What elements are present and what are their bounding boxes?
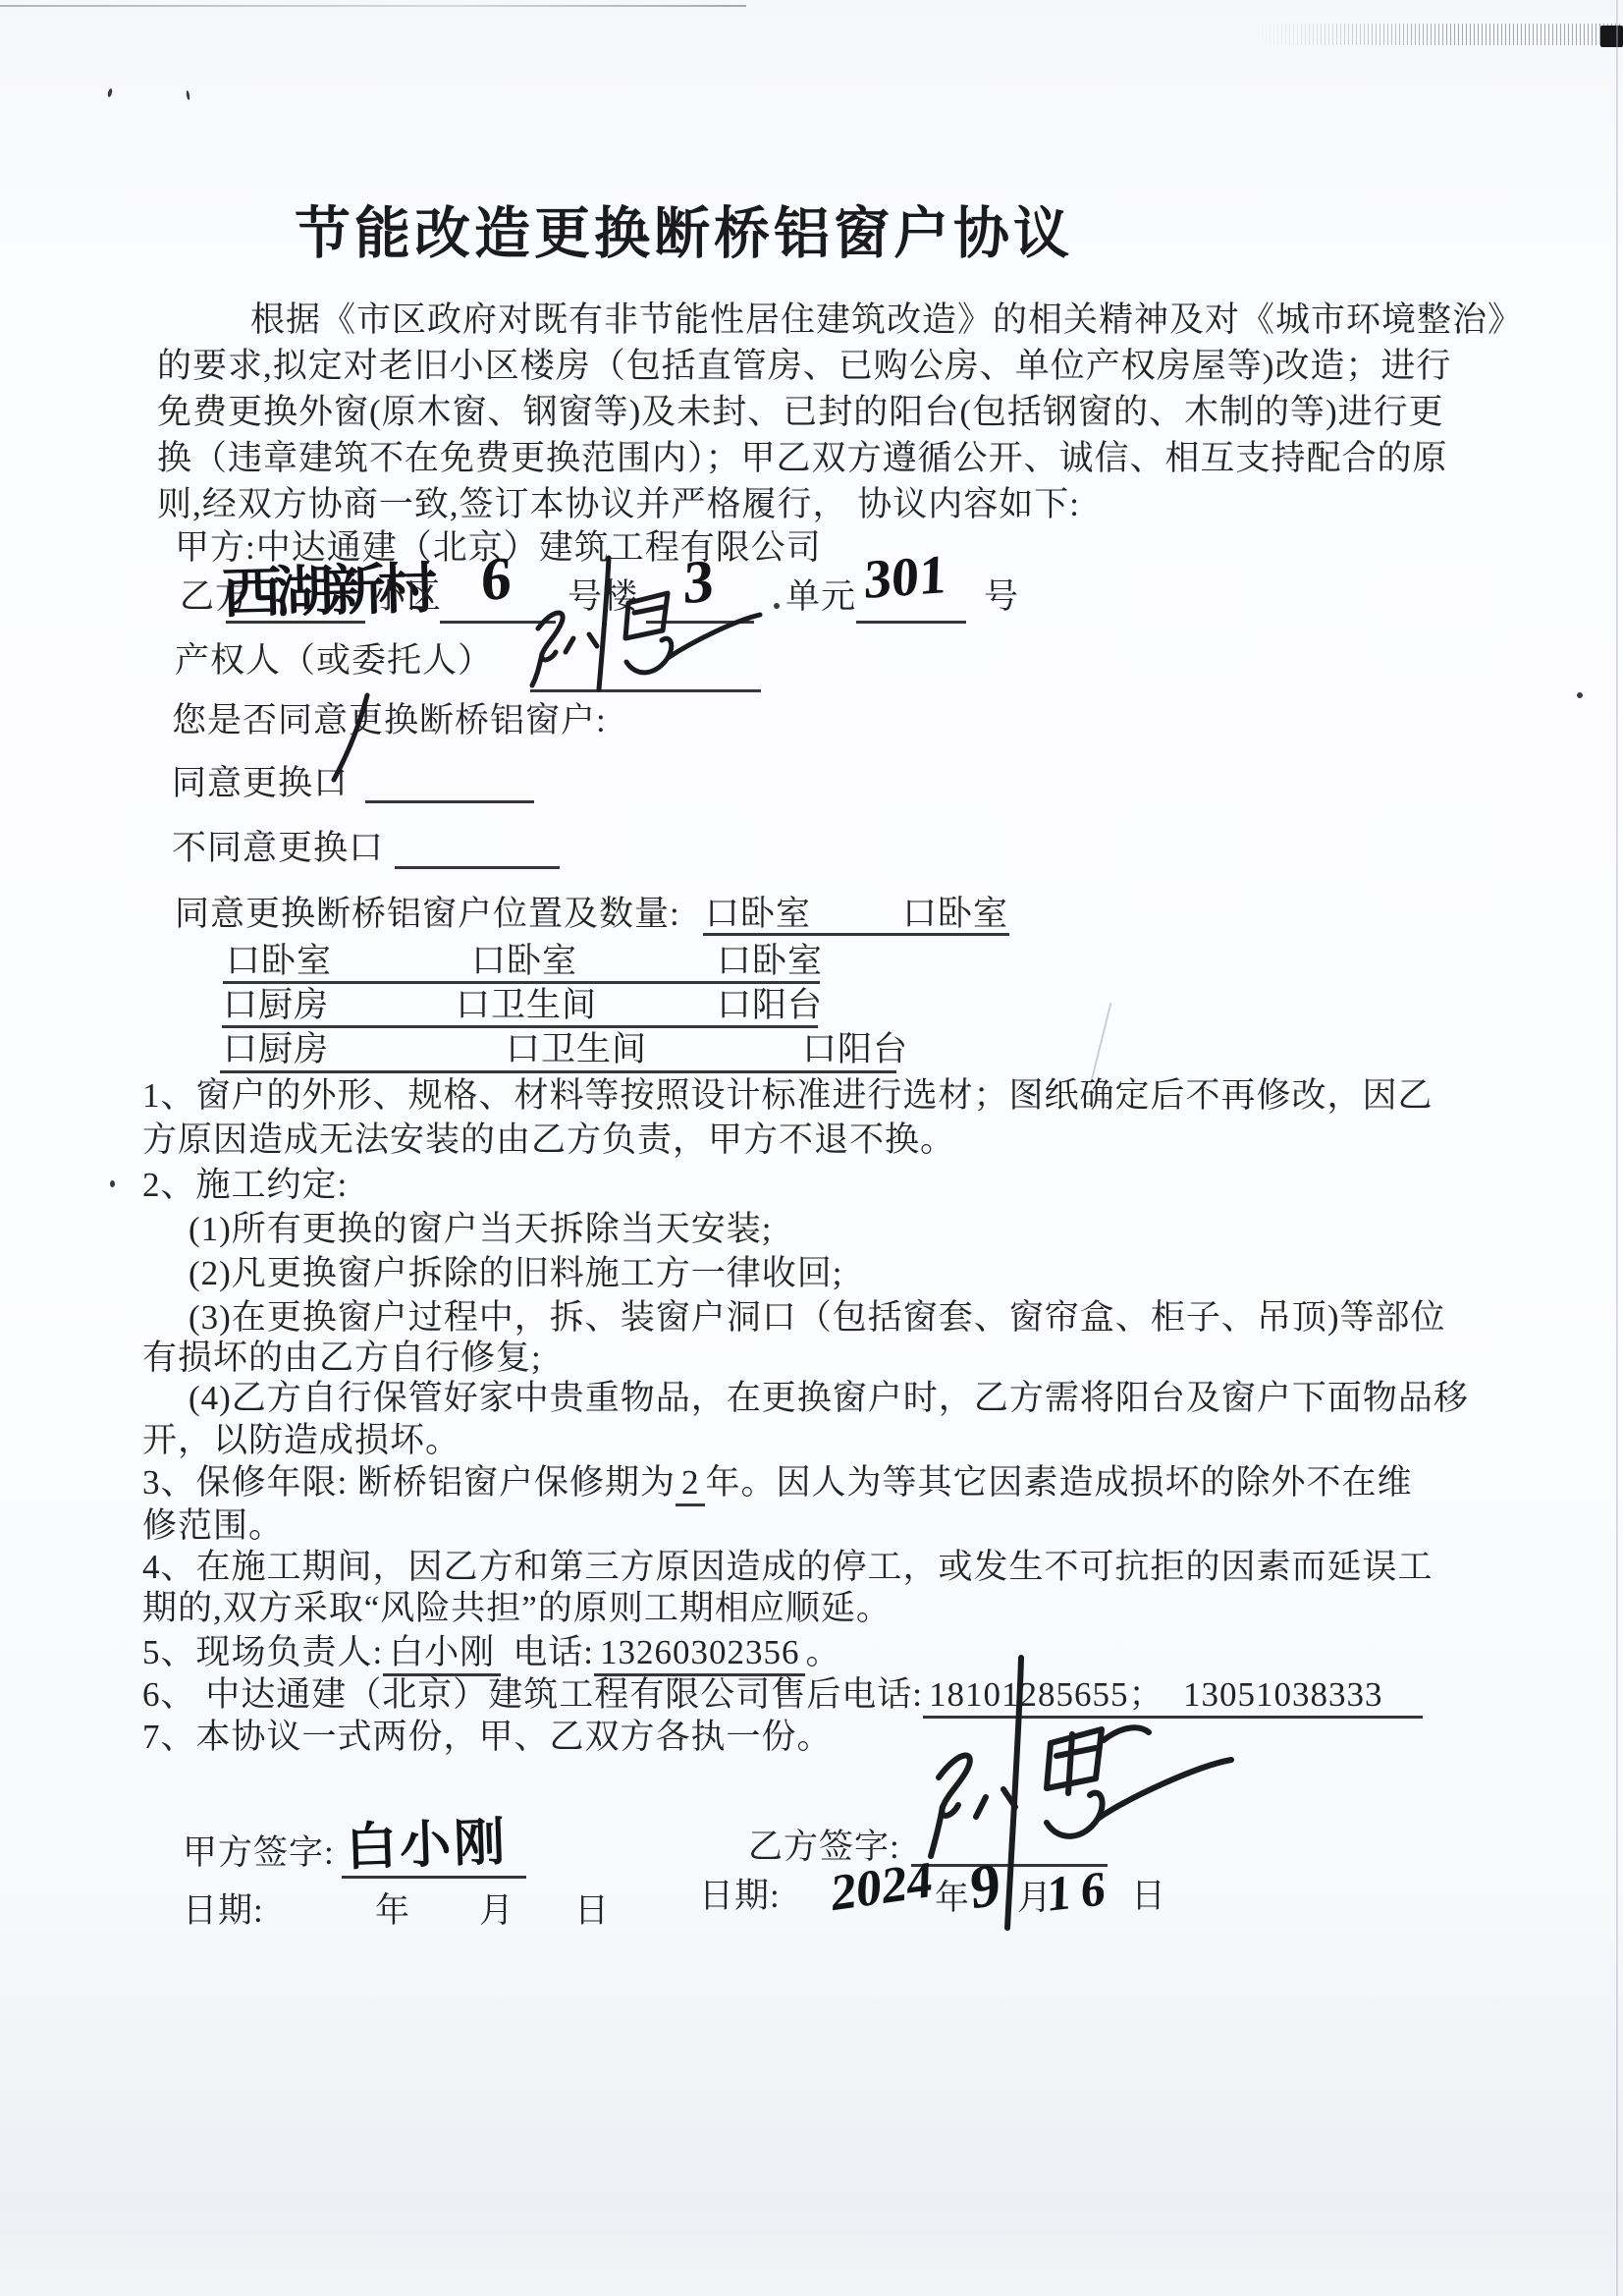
clause-5-prefix: 5、现场负责人: [142, 1633, 383, 1671]
party-a-signature-label: 甲方签字: [183, 1832, 335, 1874]
clause-5-phone-label: 电话: [501, 1633, 594, 1671]
party-a-signature-handwriting: 白小刚 [345, 1800, 510, 1880]
room-blank-underline [856, 621, 966, 624]
location-cell: 口卧室 [471, 941, 577, 982]
location-cell: 口卧室 [226, 941, 332, 982]
intro-line-3: 免费更换外窗(原木窗、钢窗等)及未封、已封的阳台(包括钢窗的、木制的等)进行更 [157, 392, 1444, 433]
intro-line-1: 根据《市区政府对既有非节能性居住建筑改造》的相关精神及对《城市环境整治》 [250, 300, 1523, 341]
clause-2-item-1: (1)所有更换的窗户当天拆除当天安装; [189, 1209, 773, 1250]
intro-line-2: 的要求,拟定对老旧小区楼房（包括直管房、已购公房、单位产权房屋等)改造；进行 [157, 346, 1451, 387]
clause-6-prefix: 6、 中达通建（北京）建筑工程有限公司售后电话: [142, 1675, 923, 1714]
room-number-handwriting: 301 [863, 543, 947, 612]
scan-right-edge-shadow [1616, 0, 1618, 2296]
clause-3-line-2: 修范围。 [142, 1505, 284, 1547]
ink-speck-top-left-1 [107, 88, 113, 98]
party-a-date-label: 日期: [183, 1890, 264, 1932]
owner-label: 产权人（或委托人） [175, 640, 493, 682]
location-cell: 口厨房 [223, 985, 329, 1026]
intro-line-4: 换（违章建筑不在免费更换范围内）；甲乙双方遵循公开、诚信、相互支持配合的原 [157, 438, 1448, 479]
party-a-date-day: 日 [574, 1890, 610, 1932]
clause-2-item-4-line-2: 开，以防造成损坏。 [142, 1420, 460, 1461]
party-a-date-month: 月 [479, 1890, 514, 1932]
disagree-blank-underline [395, 866, 560, 869]
clause-2-item-4-line-1: (4)乙方自行保管好家中贵重物品，在更换窗户时，乙方需将阳台及窗户下面物品移 [189, 1378, 1469, 1419]
paper-crease [1090, 1003, 1112, 1085]
clause-3-line-1: 3、保修年限: 断桥铝窗户保修期为2年。因人为等其它因素造成损坏的除外不在维 [142, 1462, 1413, 1503]
ink-speck-top-left-2 [186, 90, 190, 100]
party-b-date-year-label: 年 [935, 1878, 970, 1919]
clause-5-line: 5、现场负责人:白小刚电话:13260302356。 [142, 1632, 841, 1673]
clause-4-line-1: 4、在施工期间，因乙方和第三方原因造成的停工，或发生不可抗拒的因素而延误工 [142, 1547, 1434, 1588]
disagree-option: 不同意更换口 [172, 828, 384, 869]
location-heading-cell-2: 口卧室 [902, 894, 1008, 935]
agree-option: 同意更换口 [172, 763, 349, 804]
unit-suffix: 单元 [785, 576, 856, 618]
clause-5-suffix: 。 [805, 1633, 840, 1671]
clause-1-line-1: 1、窗户的外形、规格、材料等按照设计标准进行选材；图纸确定后不再修改，因乙 [142, 1075, 1434, 1117]
locations-heading: 同意更换断桥铝窗户位置及数量: [175, 894, 680, 935]
location-cell: 口卧室 [717, 941, 823, 982]
party-b-date-day-label: 日 [1131, 1876, 1166, 1917]
location-cell: 口厨房 [223, 1029, 329, 1070]
location-heading-cell-1: 口卧室 [705, 894, 811, 935]
location-row-underline [222, 1025, 818, 1028]
agree-blank-underline [365, 800, 534, 803]
party-a-date-year: 年 [375, 1890, 410, 1932]
clause-3-suffix: 年。因人为等其它因素造成损坏的除外不在维 [705, 1463, 1412, 1502]
ink-speck-right [1577, 692, 1583, 698]
clause-4-line-2: 期的,双方采取“风险共担”的原则工期相应顺延。 [142, 1588, 892, 1629]
site-manager-name: 白小刚 [383, 1633, 501, 1676]
clause-2-item-3-line-2: 有损坏的由乙方自行修复; [142, 1338, 542, 1379]
intro-line-5: 则,经双方协商一致,签订本协议并严格履行， 协议内容如下: [157, 484, 1080, 525]
community-suffix: 小区 [371, 576, 442, 618]
document-title: 节能改造更换断桥铝窗户协议 [295, 214, 1073, 255]
location-row-underline [223, 981, 820, 984]
clause-2-item-3-line-1: (3)在更换窗户过程中，拆、装窗户洞口（包括窗套、窗帘盒、柜子、吊顶)等部位 [189, 1297, 1445, 1339]
clause-1-line-2: 方原因造成无法安装的由乙方负责，甲方不退不换。 [142, 1120, 955, 1161]
clause-2-heading: 2、施工约定: [142, 1165, 348, 1206]
owner-signature [513, 552, 778, 694]
consent-question: 您是否同意更换断桥铝窗户: [172, 700, 607, 741]
ink-speck-margin [110, 1180, 115, 1187]
scanned-agreement-page: 节能改造更换断桥铝窗户协议 根据《市区政府对既有非节能性居住建筑改造》的相关精神… [0, 0, 1623, 2296]
party-b-date-month-handwriting: 9 [969, 1849, 1001, 1925]
building-number-handwriting: 6 [480, 544, 513, 617]
location-cell: 口卫生间 [456, 985, 597, 1026]
clause-7-line: 7、本协议一式两份，甲、乙双方各执一份。 [142, 1717, 833, 1758]
warranty-years-value: 2 [676, 1463, 706, 1506]
location-cell: 口阳台 [802, 1029, 908, 1070]
clause-3-prefix: 3、保修年限: 断桥铝窗户保修期为 [142, 1463, 676, 1502]
checkmark-handwriting [324, 691, 375, 784]
scan-top-right-streak [1255, 24, 1623, 45]
party-b-date-day-handwriting: 16 [1046, 1858, 1116, 1923]
scan-corner-blob [1600, 26, 1623, 47]
scan-top-edge-line [0, 5, 746, 7]
location-heading-underline [703, 933, 1009, 936]
site-manager-phone: 13260302356 [594, 1633, 806, 1676]
location-cell: 口卫生间 [506, 1029, 647, 1070]
party-b-date-label: 日期: [699, 1876, 781, 1917]
clause-2-item-2: (2)凡更换窗户拆除的旧料施工方一律收回; [189, 1253, 843, 1294]
location-row-underline [220, 1070, 896, 1073]
room-suffix: 号 [984, 576, 1019, 618]
location-cell: 口阳台 [717, 985, 823, 1026]
